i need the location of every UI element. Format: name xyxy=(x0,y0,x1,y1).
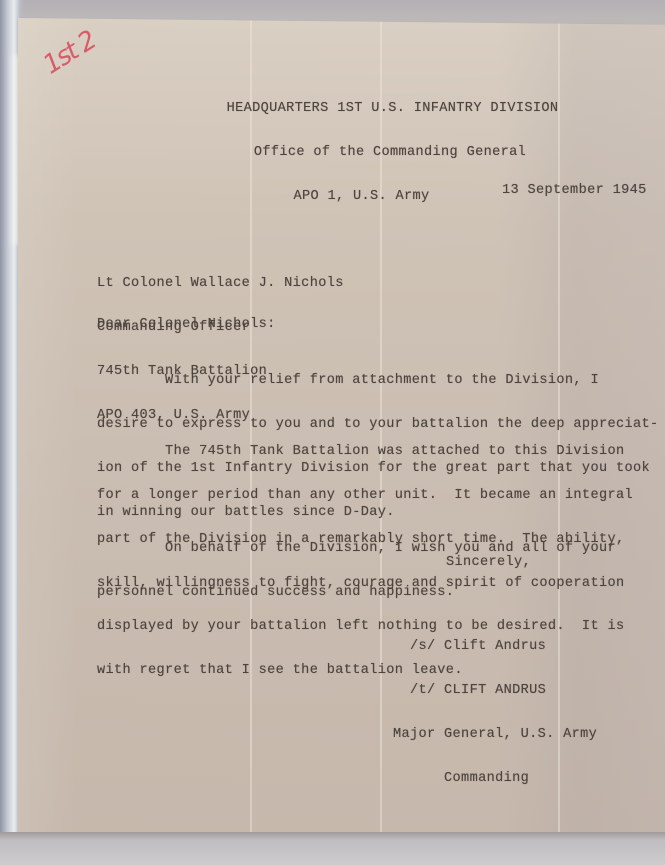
closing: Sincerely, xyxy=(446,556,531,571)
paragraph-line: for a longer period than any other unit.… xyxy=(97,489,633,504)
signature-line: Commanding xyxy=(393,772,597,787)
paragraph-line: With your relief from attachment to the … xyxy=(97,374,659,389)
letterhead-office: Office of the Commanding General xyxy=(0,146,665,161)
signature-line: Major General, U.S. Army xyxy=(393,728,597,743)
letterhead-organization: HEADQUARTERS 1ST U.S. INFANTRY DIVISION xyxy=(0,102,665,117)
paragraph-line: personnel continued success and happines… xyxy=(97,586,616,601)
paragraph-line: On behalf of the Division, I wish you an… xyxy=(97,542,616,557)
signature-line: /s/ Clift Andrus xyxy=(393,640,597,655)
recipient-line: Lt Colonel Wallace J. Nichols xyxy=(97,277,344,292)
salutation: Dear Colonel Nichols: xyxy=(97,318,276,333)
paragraph-line: The 745th Tank Battalion was attached to… xyxy=(97,445,633,460)
signature-block: /s/ Clift Andrus /t/ CLIFT ANDRUS Major … xyxy=(393,611,597,801)
letter-date: 13 September 1945 xyxy=(502,184,647,199)
body-paragraph-3: On behalf of the Division, I wish you an… xyxy=(97,513,616,615)
sleeve-bottom-edge xyxy=(0,832,665,865)
signature-line: /t/ CLIFT ANDRUS xyxy=(393,684,597,699)
